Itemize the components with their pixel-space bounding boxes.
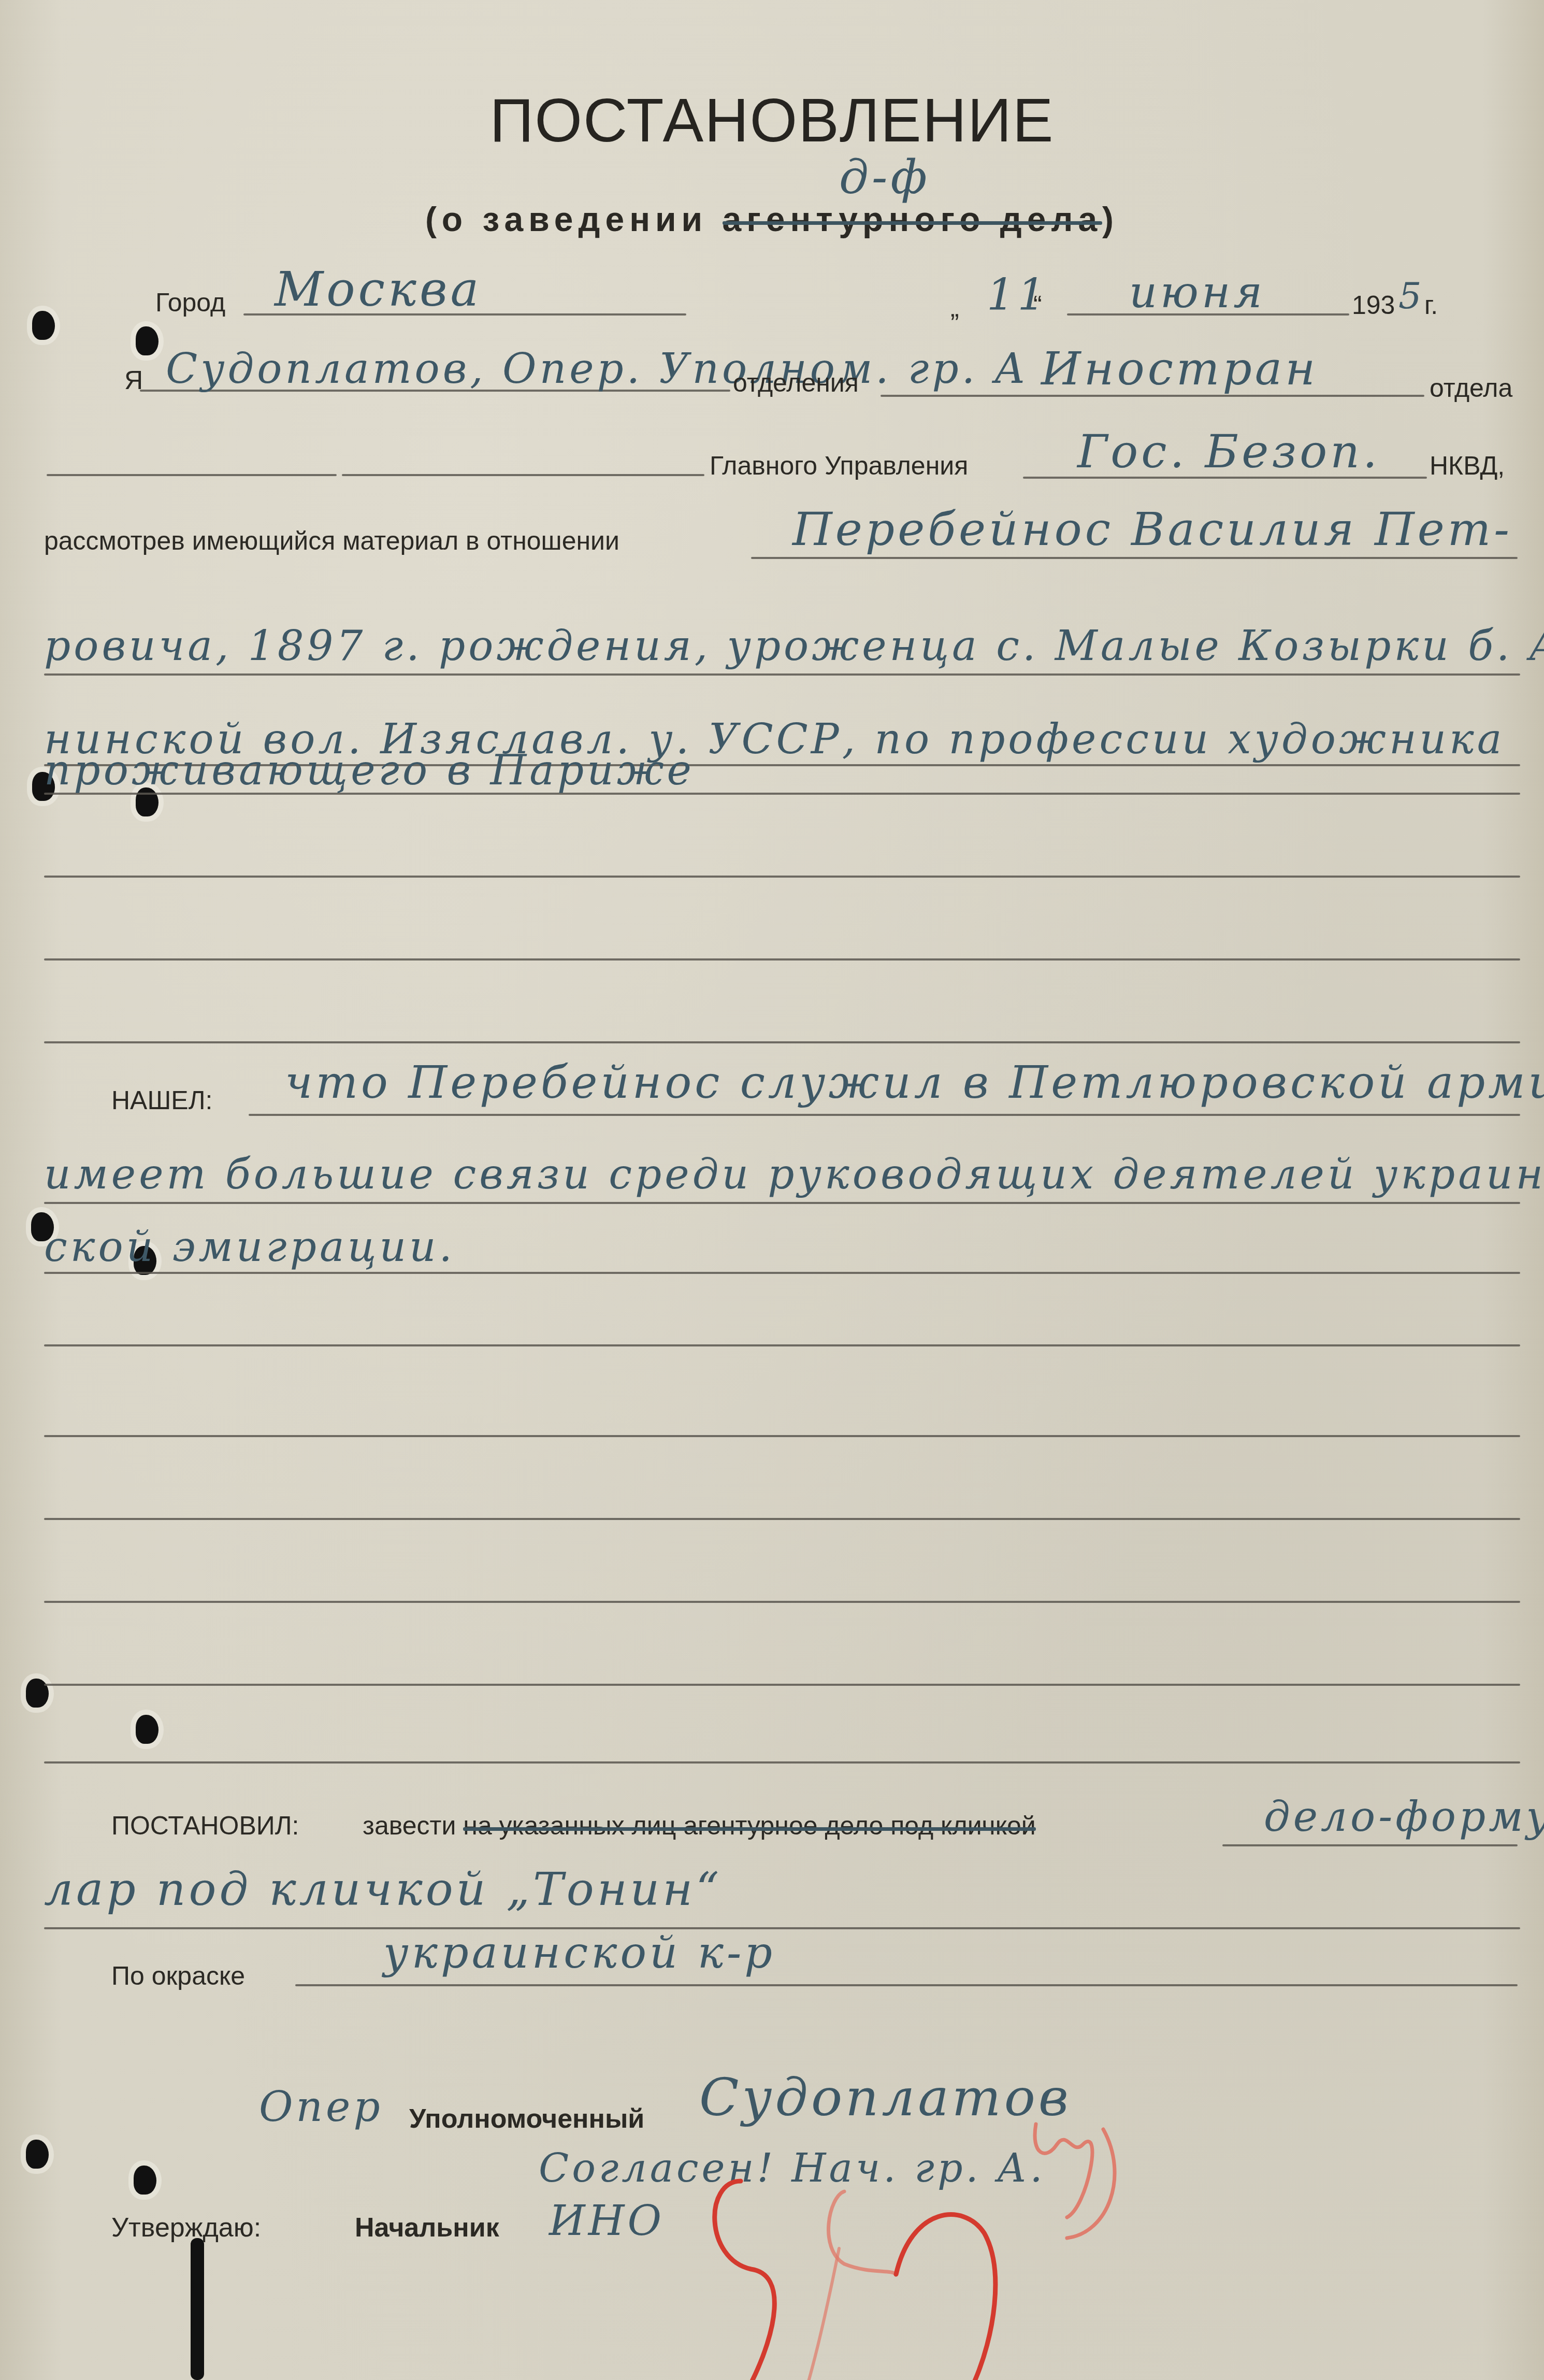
punch-hole: [26, 1679, 49, 1708]
officer-value: Судоплатов, Опер. Уполном. гр. А: [166, 345, 1029, 393]
punch-hole: [134, 2166, 156, 2195]
red-signature-icon: [673, 2114, 1347, 2380]
findings-line-1: что Перебейнос служил в Петлюровской арм…: [285, 1057, 1544, 1109]
department-value: Иностран: [1041, 342, 1318, 395]
material-line-2: ровича, 1897 г. рождения, уроженца с. Ма…: [44, 622, 1544, 670]
resolution-hand-line-2: лар под кличкой „Тонин“: [44, 1862, 722, 1916]
officer-hand-prefix: Опер: [259, 2083, 383, 2131]
punch-hole: [32, 311, 55, 340]
department-label: отдела: [1430, 373, 1512, 403]
binding-shadow: [191, 2238, 204, 2380]
officer-label: Уполномоченный: [409, 2103, 644, 2134]
subtitle-suffix: ): [1102, 200, 1119, 238]
subtitle-struck: агентурного дела: [723, 200, 1103, 238]
date-year-printed: 193: [1352, 290, 1395, 320]
resolution-label: ПОСТАНОВИЛ:: [111, 1811, 299, 1841]
material-line-1: Перебейнос Василия Пет-: [792, 503, 1512, 556]
chief-value: ИНО: [549, 2197, 665, 2245]
section-label: отделения: [733, 368, 859, 398]
chief-label: Начальник: [355, 2212, 499, 2243]
directorate-label: Главного Управления: [710, 451, 968, 481]
date-year-suffix: г.: [1424, 290, 1438, 320]
punch-hole: [136, 326, 158, 355]
coloring-label: По окраске: [111, 1961, 245, 1991]
org-label: НКВД,: [1430, 451, 1505, 481]
subtitle-prefix: (о заведении: [425, 200, 723, 238]
resolution-printed-kept: завести: [363, 1811, 456, 1840]
date-year-hand: 5: [1398, 275, 1425, 317]
material-label: рассмотрев имеющийся материал в отношени…: [44, 526, 619, 556]
punch-hole: [136, 1715, 158, 1744]
document-title: ПОСТАНОВЛЕНИЕ: [0, 85, 1544, 156]
findings-line-2: имеет большие связи среди руководящих де…: [44, 1150, 1544, 1198]
subtitle-correction: д-ф: [839, 150, 930, 205]
directorate-value: Гос. Безоп.: [1077, 425, 1380, 478]
punch-hole: [26, 2140, 49, 2169]
city-label: Город: [155, 288, 225, 318]
date-open-quote: „: [950, 293, 959, 323]
coloring-value: украинской к-р: [383, 1927, 775, 1978]
city-value: Москва: [275, 262, 482, 317]
date-close-quote: “: [1033, 290, 1042, 320]
findings-label: НАШЕЛ:: [111, 1085, 212, 1115]
material-line-4: проживающего в Париже: [44, 746, 695, 794]
document-subtitle: (о заведении агентурного дела): [0, 199, 1544, 239]
date-month: июня: [1129, 267, 1265, 318]
resolution-hand-line-1: дело-формуляр: [1264, 1793, 1544, 1841]
findings-line-3: ской эмиграции.: [44, 1223, 455, 1271]
resolution-printed: завести на указанных лиц агентурное дело…: [363, 1811, 1036, 1841]
approve-label: Утверждаю:: [111, 2212, 261, 2243]
resolution-printed-struck: на указанных лиц агентурное дело под кли…: [463, 1811, 1036, 1840]
